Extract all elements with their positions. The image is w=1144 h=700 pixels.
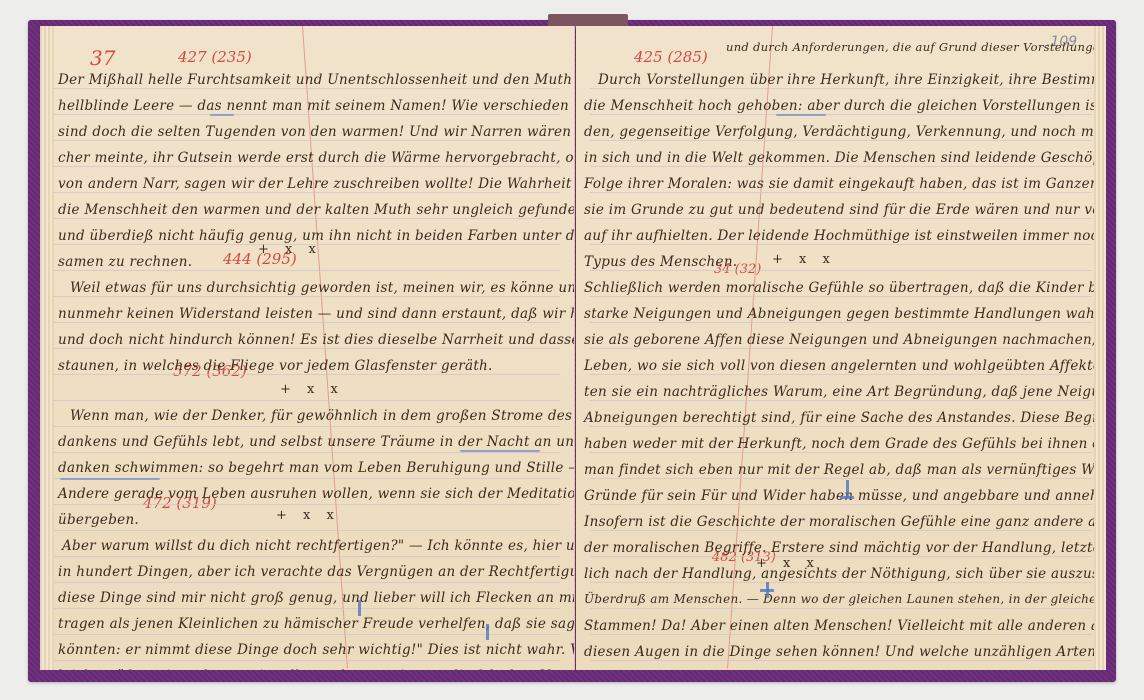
handwritten-line: die Menschheit den warmen und der kalten…: [58, 202, 575, 218]
blue-insertion-mark: [486, 624, 489, 640]
handwritten-line: Der Mißhall helle Furchtsamkeit und Unen…: [58, 72, 575, 88]
top-insertion-note: und durch Anforderungen, die auf Grund d…: [726, 40, 1106, 54]
handwritten-line: diese Dinge sind mir nicht groß genug, u…: [58, 590, 575, 606]
handwritten-line: ten sie ein nachträgliches Warum, eine A…: [584, 384, 1106, 400]
handwritten-line: samen zu rechnen.: [58, 254, 192, 270]
red-annotation: 427 (235): [178, 48, 252, 66]
blue-underline: [60, 478, 160, 480]
handwritten-line: Insofern ist die Geschichte der moralisc…: [584, 514, 1106, 530]
handwritten-line: die Menschheit hoch gehoben: aber durch …: [584, 98, 1106, 114]
blue-underline: [210, 114, 234, 116]
handwritten-line: Durch Vorstellungen über ihre Herkunft, …: [598, 72, 1106, 88]
handwritten-line: Typus des Menschen.: [584, 254, 737, 270]
handwritten-line: übergeben.: [58, 512, 139, 528]
red-annotation: 425 (285): [634, 48, 708, 66]
handwritten-line: sie als geborene Affen diese Neigungen u…: [584, 332, 1106, 348]
handwritten-line: Wenn man, wie der Denker, für gewöhnlich…: [70, 408, 575, 424]
handwritten-line: tragen als jenen Kleinlichen zu hämische…: [58, 616, 575, 632]
handwritten-line: Stammen! Da! Aber einen alten Menschen! …: [584, 618, 1106, 634]
handwritten-line: der moralischen Begriffe. Erstere sind m…: [584, 540, 1106, 556]
handwritten-line: leicht müßte mir mehr an mir selber gele…: [58, 668, 569, 670]
handwritten-line: diesen Augen in die Dinge sehen können! …: [584, 644, 1106, 660]
handwritten-line: cher meinte, ihr Gutsein werde erst durc…: [58, 150, 575, 166]
handwritten-line: in sich und in die Welt gekommen. Die Me…: [584, 150, 1106, 166]
blue-insertion-mark: [358, 600, 361, 616]
folio-mark: 37: [90, 46, 115, 70]
handwritten-line: dankens und Gefühls lebt, und selbst uns…: [58, 434, 575, 450]
handwritten-line: Andere gerade vom Leben ausruhen wollen,…: [58, 486, 575, 502]
handwritten-line: könnten: er nimmt diese Dinge doch sehr …: [58, 642, 575, 658]
left-page: 37 427 (235) 444 (295) 572 (362) 472 (31…: [40, 26, 575, 670]
handwritten-line: starke Neigungen und Abneigungen gegen b…: [584, 306, 1106, 322]
handwritten-line: Überdruß am Menschen. — Denn wo der glei…: [584, 592, 1106, 606]
blue-underline: [776, 114, 826, 116]
blue-insertion-mark: [760, 589, 774, 592]
handwritten-line: und doch nicht hindurch können! Es ist d…: [58, 332, 575, 348]
handwritten-line: Leben, wo sie sich voll von diesen angel…: [584, 358, 1106, 374]
handwritten-line: hellblinde Leere — das nennt man mit sei…: [58, 98, 569, 114]
handwritten-line: staunen, in welches die Fliege vor jedem…: [58, 358, 493, 374]
blue-insertion-mark: [840, 496, 854, 499]
handwritten-line: Folge ihrer Moralen: was sie damit einge…: [584, 176, 1106, 192]
handwritten-line: man findet sich eben nur mit der Regel a…: [584, 462, 1106, 478]
handwritten-line: Aber warum willst du dich nicht rechtfer…: [62, 538, 575, 554]
handwritten-line: sie im Grunde zu gut und bedeutend sind …: [584, 202, 1106, 218]
handwritten-line: lich nach der Handlung, angesichts der N…: [584, 566, 1106, 582]
handwritten-line: auf ihr aufhielten. Der leidende Hochmüt…: [584, 228, 1106, 244]
section-separator: + x x: [756, 556, 820, 571]
blue-underline: [460, 450, 540, 452]
handwritten-line: danken schwimmen: so begehrt man vom Leb…: [58, 460, 575, 476]
handwritten-line: Weil etwas für uns durchsichtig geworden…: [70, 280, 575, 296]
handwritten-line: Abneigungen berechtigt sind, für eine Sa…: [584, 410, 1106, 426]
handwritten-line: sind doch die selten Tugenden von den wa…: [58, 124, 575, 140]
section-separator: + x x: [258, 242, 322, 257]
handwritten-line: von andern Narr, sagen wir der Lehre zus…: [58, 176, 575, 192]
handwritten-line: Schließlich werden moralische Gefühle so…: [584, 280, 1106, 296]
handwritten-line: haben weder mit der Herkunft, noch dem G…: [584, 436, 1106, 452]
handwritten-line: den, gegenseitige Verfolgung, Verdächtig…: [584, 124, 1106, 140]
section-separator: + x x: [772, 252, 836, 267]
handwritten-line: nunmehr keinen Widerstand leisten — und …: [58, 306, 575, 322]
section-separator: + x x: [280, 382, 344, 397]
section-separator: + x x: [276, 508, 340, 523]
right-page: .109 425 (285) 34 (32) 482 (313) und dur…: [576, 26, 1106, 670]
handwritten-line: in hundert Dingen, aber ich verachte das…: [58, 564, 575, 580]
